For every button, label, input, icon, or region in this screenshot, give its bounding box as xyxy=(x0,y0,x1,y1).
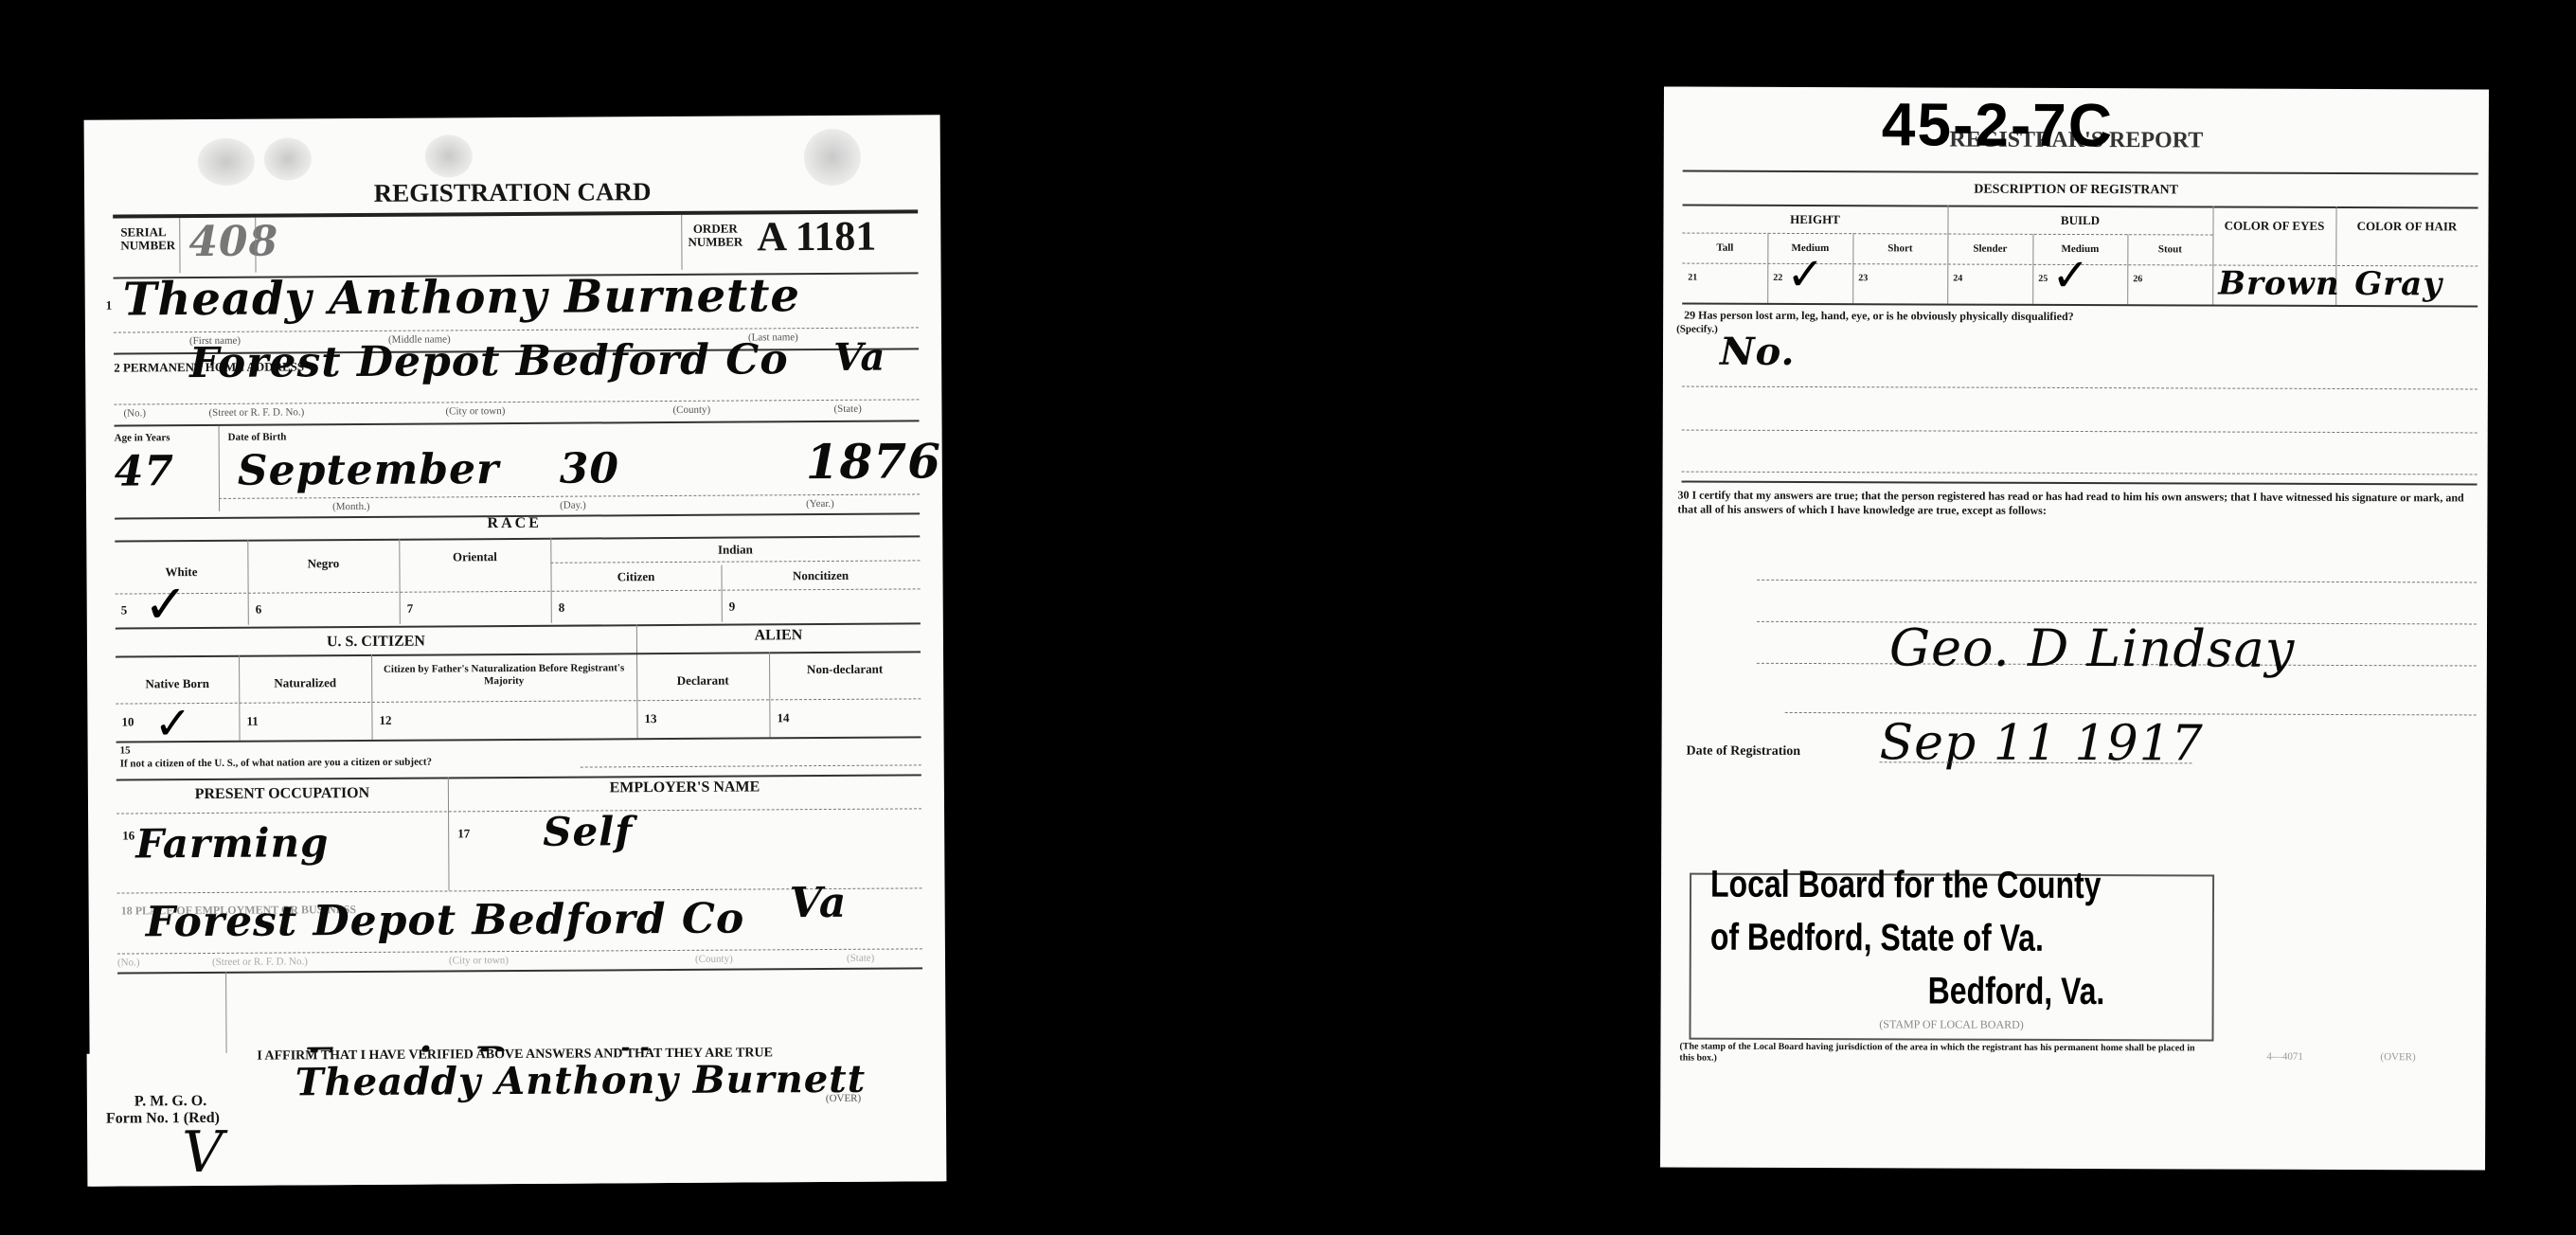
occupation-label: PRESENT OCCUPATION xyxy=(116,784,448,803)
field-number: 13 xyxy=(644,711,656,726)
divider xyxy=(116,651,921,657)
caption-day: (Day.) xyxy=(560,500,586,511)
order-number-value: A 1181 xyxy=(757,212,876,261)
field-number: 5 xyxy=(121,603,128,618)
dob-month: September xyxy=(238,445,500,495)
alien-title: ALIEN xyxy=(636,626,921,645)
native-born-label: Native Born xyxy=(116,676,239,692)
field-number: 17 xyxy=(457,826,470,841)
divider xyxy=(1683,205,2478,209)
divider xyxy=(1683,170,2478,175)
race-indian-citizen-label: Citizen xyxy=(550,569,721,585)
stamped-number: 45-2-7C xyxy=(1882,89,2114,160)
field-number: 8 xyxy=(559,600,565,616)
dob-label: Date of Birth xyxy=(228,431,287,442)
serial-number-label: SERIAL NUMBER xyxy=(120,225,177,252)
stamp-line-1: Local Board for the County xyxy=(1710,864,2102,907)
divider xyxy=(1682,481,2478,486)
divider xyxy=(681,215,682,270)
caption-month: (Month.) xyxy=(332,501,369,512)
q15-nationality-question: If not a citizen of the U. S., of what n… xyxy=(120,757,432,770)
field-number: 10 xyxy=(121,714,134,729)
eye-color-value: Brown xyxy=(2218,265,2339,303)
answer-line xyxy=(1682,472,2478,475)
naturalized-label: Naturalized xyxy=(239,675,371,691)
divider xyxy=(116,736,921,743)
registrar-signature: Geo. D Lindsay xyxy=(1889,617,2296,678)
registrant-signature: Theaddy Anthony Burnett xyxy=(295,1057,867,1105)
employer-value: Self xyxy=(543,808,633,855)
field-number: 15 xyxy=(120,744,131,756)
answer-line xyxy=(1757,580,2477,583)
description-title: DESCRIPTION OF REGISTRANT xyxy=(1664,181,2489,199)
divider xyxy=(550,560,920,563)
card-title: REGISTRATION CARD xyxy=(84,175,940,210)
height-medium-checkmark-icon: ✓ xyxy=(1786,248,1824,301)
answer-line xyxy=(1682,430,2478,434)
caption-state: (State) xyxy=(833,403,861,415)
caption-street: (Street or R. F. D. No.) xyxy=(208,406,304,419)
smudge xyxy=(425,134,473,177)
q29-specify-label: (Specify.) xyxy=(1676,324,1718,335)
height-short-label: Short xyxy=(1852,242,1947,254)
field-number: 6 xyxy=(256,602,262,617)
field-number: 16 xyxy=(122,828,134,843)
field-number: 1 xyxy=(106,298,113,313)
nondeclarant-label: Non-declarant xyxy=(769,662,921,676)
over-label: (OVER) xyxy=(2380,1051,2415,1063)
caption-street: (Street or R. F. D. No.) xyxy=(212,956,308,968)
stamp-line-3: Bedford, Va. xyxy=(1928,970,2105,1013)
place-of-employment-state: Va xyxy=(789,879,847,927)
q29-disability-question: 29 Has person lost arm, leg, hand, eye, … xyxy=(1684,309,2074,324)
over-label: (OVER) xyxy=(826,1093,861,1104)
home-address-state: Va xyxy=(833,335,886,380)
caption-no: (No.) xyxy=(117,957,140,968)
serial-number-value: 408 xyxy=(188,218,278,267)
stamp-line-2: of Bedford, State of Va. xyxy=(1710,917,2044,960)
home-address-value: Forest Depot Bedford Co xyxy=(189,335,789,387)
caption-county: (County) xyxy=(695,954,733,965)
caption-city: (City or town) xyxy=(449,955,509,966)
field-number: 12 xyxy=(379,713,391,728)
registration-card-front-footer: I AFFIRM THAT I HAVE VERIFIED ABOVE ANSW… xyxy=(87,1048,944,1187)
hair-color-label: COLOR OF HAIR xyxy=(2335,220,2478,234)
race-title: RACE xyxy=(86,512,942,535)
height-label: HEIGHT xyxy=(1682,212,1947,228)
divider xyxy=(179,218,180,273)
divider xyxy=(1682,303,2478,308)
q29-answer: No. xyxy=(1720,330,1796,374)
stamp-instructions: (The stamp of the Local Board having jur… xyxy=(1679,1042,2209,1066)
q15-answer-line xyxy=(581,764,921,767)
q30-certification-text: 30 I certify that my answers are true; t… xyxy=(1677,489,2473,520)
place-of-employment-value: Forest Depot Bedford Co xyxy=(146,895,745,947)
form-code: 4—4071 xyxy=(2266,1051,2303,1063)
registrant-name: Theady Anthony Burnette xyxy=(123,269,801,326)
age-label: Age in Years xyxy=(115,432,170,443)
divider xyxy=(239,655,241,741)
stamp-caption: (STAMP OF LOCAL BOARD) xyxy=(1691,1017,2212,1033)
order-number-label: ORDER NUMBER xyxy=(687,223,743,249)
field-number: 23 xyxy=(1858,273,1868,283)
field-number: 26 xyxy=(2133,274,2142,284)
caption-county: (County) xyxy=(672,404,710,416)
dob-year: 1876 xyxy=(806,433,942,490)
divider xyxy=(116,808,921,814)
employer-label: EMPLOYER'S NAME xyxy=(448,778,921,797)
smudge xyxy=(198,138,255,186)
field-number: 24 xyxy=(1953,274,1962,284)
caption-year: (Year.) xyxy=(806,498,834,510)
race-negro-label: Negro xyxy=(247,556,399,572)
field-number: 9 xyxy=(729,600,736,615)
divider xyxy=(116,698,921,704)
race-indian-label: Indian xyxy=(550,541,920,558)
field-number: 21 xyxy=(1688,273,1697,283)
age-value: 47 xyxy=(115,447,175,495)
race-oriental-label: Oriental xyxy=(399,549,550,565)
smudge xyxy=(264,137,312,180)
eye-color-label: COLOR OF EYES xyxy=(2212,220,2335,233)
build-stout-label: Stout xyxy=(2127,243,2212,255)
answer-line xyxy=(1682,386,2478,390)
caption-no: (No.) xyxy=(123,407,146,419)
divider xyxy=(116,588,921,594)
form-id-pmgo: P. M. G. O. xyxy=(134,1093,206,1110)
corner-mark: V xyxy=(182,1119,224,1186)
field-number: 22 xyxy=(1773,273,1782,283)
field-number: 7 xyxy=(407,601,414,617)
divider xyxy=(114,399,919,404)
registrars-report-back: REGISTRAR'S REPORT 45-2-7C DESCRIPTION O… xyxy=(1660,86,2489,1170)
fathers-naturalization-label: Citizen by Father's Naturalization Befor… xyxy=(376,662,632,689)
build-slender-label: Slender xyxy=(1947,243,2032,255)
hair-color-value: Gray xyxy=(2354,265,2442,303)
divider xyxy=(117,948,922,954)
declarant-label: Declarant xyxy=(636,672,769,689)
caption-state: (State) xyxy=(847,953,874,964)
divider xyxy=(115,420,920,426)
build-label: BUILD xyxy=(1947,213,2212,229)
build-medium-checkmark-icon: ✓ xyxy=(2051,249,2089,302)
registration-card-front: REGISTRATION CARD SERIAL NUMBER 408 ORDE… xyxy=(84,115,947,1187)
height-tall-label: Tall xyxy=(1682,242,1767,254)
field-number: 25 xyxy=(2038,274,2048,284)
registration-date-label: Date of Registration xyxy=(1687,744,1801,760)
race-indian-noncitizen-label: Noncitizen xyxy=(721,567,920,583)
us-citizen-title: U. S. CITIZEN xyxy=(116,632,636,652)
divider xyxy=(371,654,373,740)
divider xyxy=(247,540,249,625)
caption-city: (City or town) xyxy=(445,405,505,417)
divider xyxy=(2212,206,2213,305)
dob-day: 30 xyxy=(560,444,620,492)
occupation-value: Farming xyxy=(135,819,329,867)
local-board-stamp-box: Local Board for the County of Bedford, S… xyxy=(1689,873,2214,1042)
divider xyxy=(117,967,922,974)
field-number: 14 xyxy=(777,710,789,725)
field-number: 11 xyxy=(246,714,258,729)
